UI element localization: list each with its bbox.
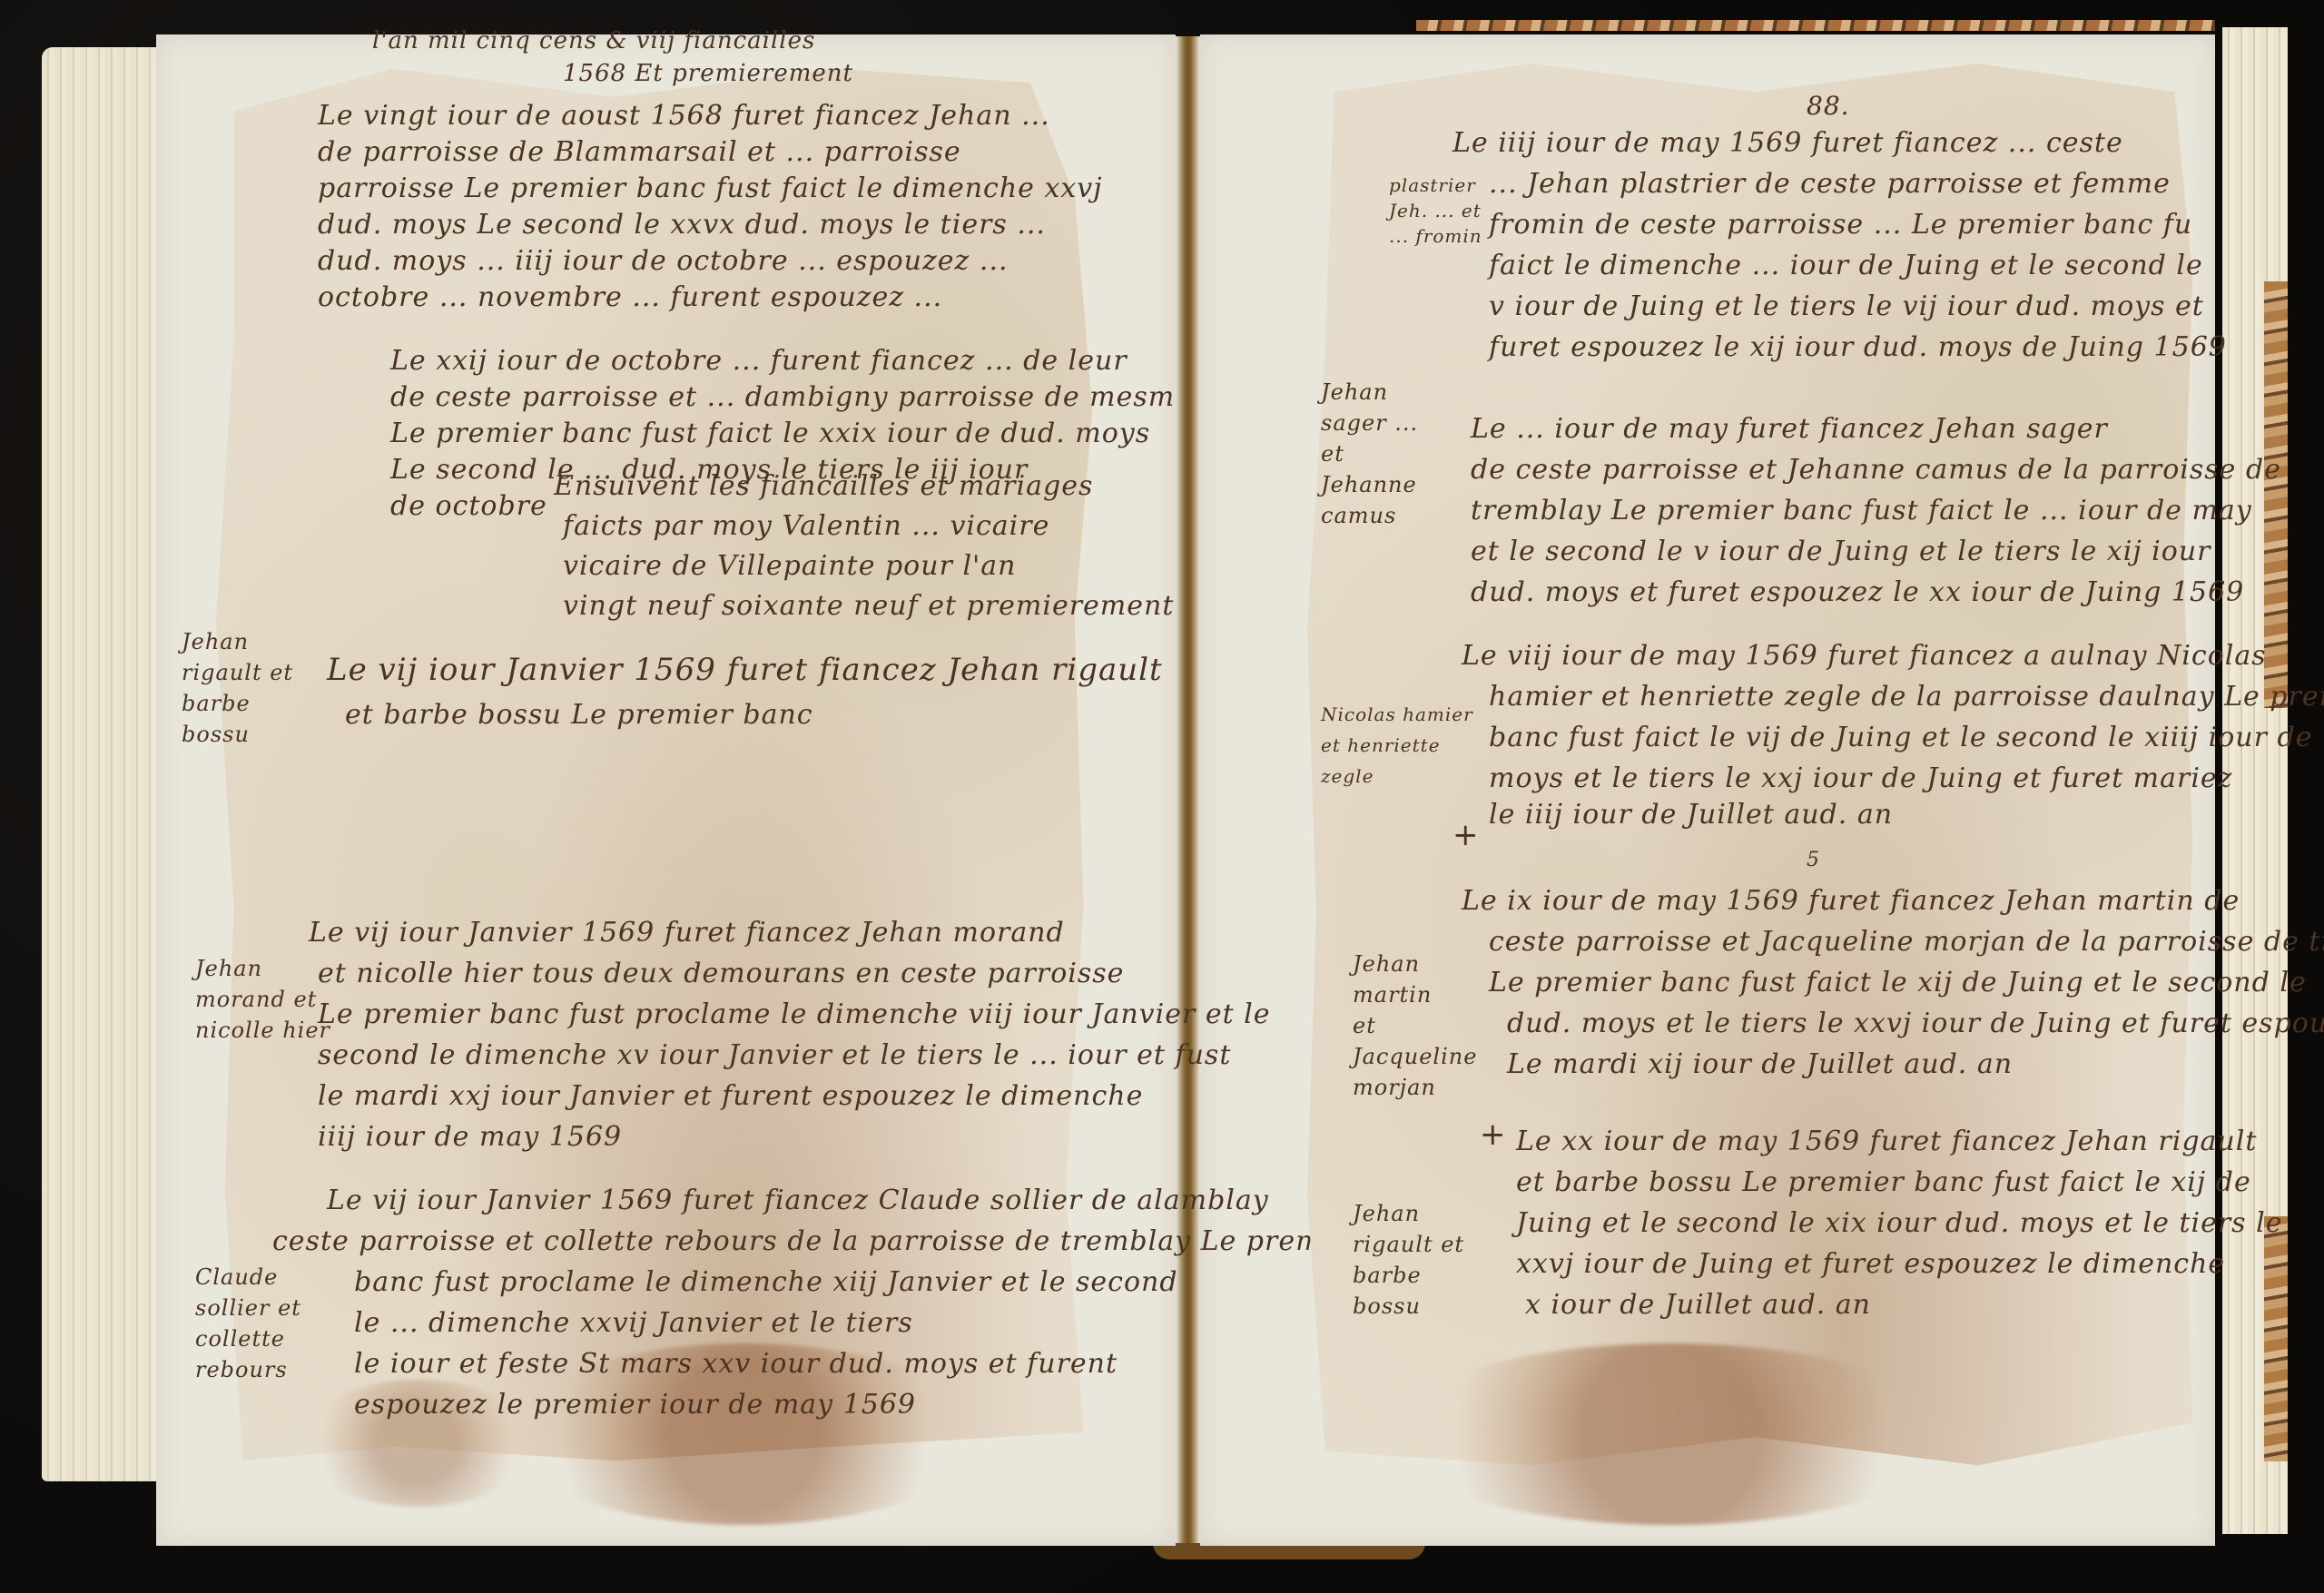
entry-line: et barbe bossu Le premier banc fust faic… — [1516, 1166, 2251, 1198]
entry-line: dud. moys ... iiij iour de octobre ... e… — [318, 245, 1009, 277]
folio-number: 88. — [1807, 91, 1850, 121]
foxing-stain — [1389, 1343, 1952, 1525]
margin-note-names: Jehan morand et nicolle hier — [195, 953, 331, 1046]
entry-line: Juing et le second le xix iour dud. moys… — [1516, 1207, 2282, 1239]
header-line: l'an mil cinq cens & viij fiancailles — [372, 27, 815, 54]
gutter — [1176, 36, 1200, 1543]
entry-line: dud. moys Le second le xxvx dud. moys le… — [318, 209, 1046, 241]
margin-note-names: plastrier Jeh. ... et ... fromin — [1389, 172, 1489, 249]
page-block-left — [42, 47, 160, 1481]
entry-line: le iour et feste St mars xxv iour dud. m… — [354, 1348, 1118, 1380]
marbled-edge-right-lower — [2264, 1216, 2288, 1461]
entry-line: vicaire de Villepainte pour l'an — [563, 550, 1017, 582]
entry-line: Le vij iour Janvier 1569 furet fiancez C… — [327, 1185, 1269, 1216]
entry-line: x iour de Juillet aud. an — [1525, 1289, 1871, 1321]
entry-line: furet espouzez le xij iour dud. moys de … — [1489, 331, 2227, 363]
entry-line: de octobre — [390, 490, 547, 522]
entry-line: Le vij iour Janvier 1569 furet fiancez J… — [327, 652, 1163, 688]
entry-line: xxvj iour de Juing et furet espouzez le … — [1516, 1248, 2225, 1280]
entry-line: Le xx iour de may 1569 furet fiancez Jeh… — [1516, 1126, 2257, 1157]
entry-line: dud. moys et furet espouzez le xx iour d… — [1471, 576, 2244, 608]
entry-line: Le premier banc fust faict le xij de Jui… — [1489, 967, 2307, 998]
margin-note-names: Jehan martin et Jacqueline morjan — [1353, 949, 1462, 1103]
entry-line: tremblay Le premier banc fust faict le .… — [1471, 495, 2252, 526]
entry-line: parroisse Le premier banc fust faict le … — [318, 172, 1103, 204]
header-line: 1568 Et premierement — [563, 60, 853, 87]
entry-line: second le dimenche xv iour Janvier et le… — [318, 1039, 1231, 1071]
cross-mark: + — [1452, 817, 1480, 853]
cross-mark: + — [1480, 1116, 1507, 1153]
margin-note-names: Jehan sager ... et Jehanne camus — [1321, 377, 1439, 531]
entry-line: ceste parroisse et collette rebours de l… — [272, 1225, 1363, 1257]
margin-note-names: Claude sollier et collette rebours — [195, 1262, 331, 1385]
entry-line: le iiij iour de Juillet aud. an — [1489, 799, 1893, 831]
entry-line: Le vij iour Janvier 1569 furet fiancez J… — [309, 917, 1065, 949]
entry-line: Ensuivent les fiancailles et mariages — [554, 470, 1093, 502]
entry-line: le ... dimenche xxvij Janvier et le tier… — [354, 1307, 913, 1339]
entry-line: dud. moys et le tiers le xxvj iour de Ju… — [1507, 1008, 2324, 1039]
entry-line: Le premier banc fust faict le xxix iour … — [390, 418, 1150, 449]
entry-line: fromin de ceste parroisse ... Le premier… — [1489, 209, 2192, 241]
margin-note-names: Jehan rigault et barbe bossu — [182, 626, 309, 750]
entry-line: Le mardi xij iour de Juillet aud. an — [1507, 1048, 2013, 1080]
entry-line: Le vingt iour de aoust 1568 furet fiance… — [318, 100, 1050, 132]
entry-line: octobre ... novembre ... furent espouzez… — [318, 281, 942, 313]
entry-line: faicts par moy Valentin ... vicaire — [563, 510, 1049, 542]
entry-line: de ceste parroisse et ... dambigny parro… — [390, 381, 1175, 413]
entry-line: Le ix iour de may 1569 furet fiancez Jeh… — [1462, 885, 2240, 917]
entry-line: hamier et henriette zegle de la parroiss… — [1489, 681, 2324, 713]
entry-line: de parroisse de Blammarsail et ... parro… — [318, 136, 961, 168]
entry-line: Le viij iour de may 1569 furet fiancez a… — [1462, 640, 2267, 672]
entry-line: Le iiij iour de may 1569 furet fiancez .… — [1452, 127, 2123, 159]
entry-line: Le xxij iour de octobre ... furent fianc… — [390, 345, 1128, 377]
margin-note-names: Jehan rigault et barbe bossu — [1353, 1198, 1489, 1322]
marbled-edge-top — [1416, 20, 2215, 31]
entry-line: et nicolle hier tous deux demourans en c… — [318, 958, 1124, 989]
entry-line: ceste parroisse et Jacqueline morjan de … — [1489, 926, 2324, 958]
marbled-edge-right-upper — [2264, 281, 2288, 708]
stray-mark: 5 — [1807, 849, 1820, 871]
entry-line: moys et le tiers le xxj iour de Juing et… — [1489, 762, 2233, 794]
entry-line: banc fust proclame le dimenche xiij Janv… — [354, 1266, 1178, 1298]
entry-line: iiij iour de may 1569 — [318, 1121, 622, 1153]
entry-line: vingt neuf soixante neuf et premierement — [563, 590, 1174, 622]
open-book: l'an mil cinq cens & viij fiancailles 15… — [0, 0, 2324, 1593]
entry-line: Le ... iour de may furet fiancez Jehan s… — [1471, 413, 2108, 445]
entry-line: et le second le v iour de Juing et le ti… — [1471, 536, 2211, 567]
entry-line: et barbe bossu Le premier banc — [345, 699, 813, 731]
margin-note-names: Nicolas hamier et henriette zegle — [1321, 699, 1475, 792]
entry-line: Le premier banc fust proclame le dimench… — [318, 998, 1271, 1030]
entry-line: faict le dimenche ... iour de Juing et l… — [1489, 250, 2203, 281]
entry-line: v iour de Juing et le tiers le vij iour … — [1489, 290, 2204, 322]
entry-line: le mardi xxj iour Janvier et furent espo… — [318, 1080, 1143, 1112]
entry-line: de ceste parroisse et Jehanne camus de l… — [1471, 454, 2281, 486]
entry-line: ... Jehan plastrier de ceste parroisse e… — [1489, 168, 2171, 200]
entry-line: espouzez le premier iour de may 1569 — [354, 1389, 916, 1421]
entry-line: banc fust faict le vij de Juing et le se… — [1489, 722, 2312, 753]
